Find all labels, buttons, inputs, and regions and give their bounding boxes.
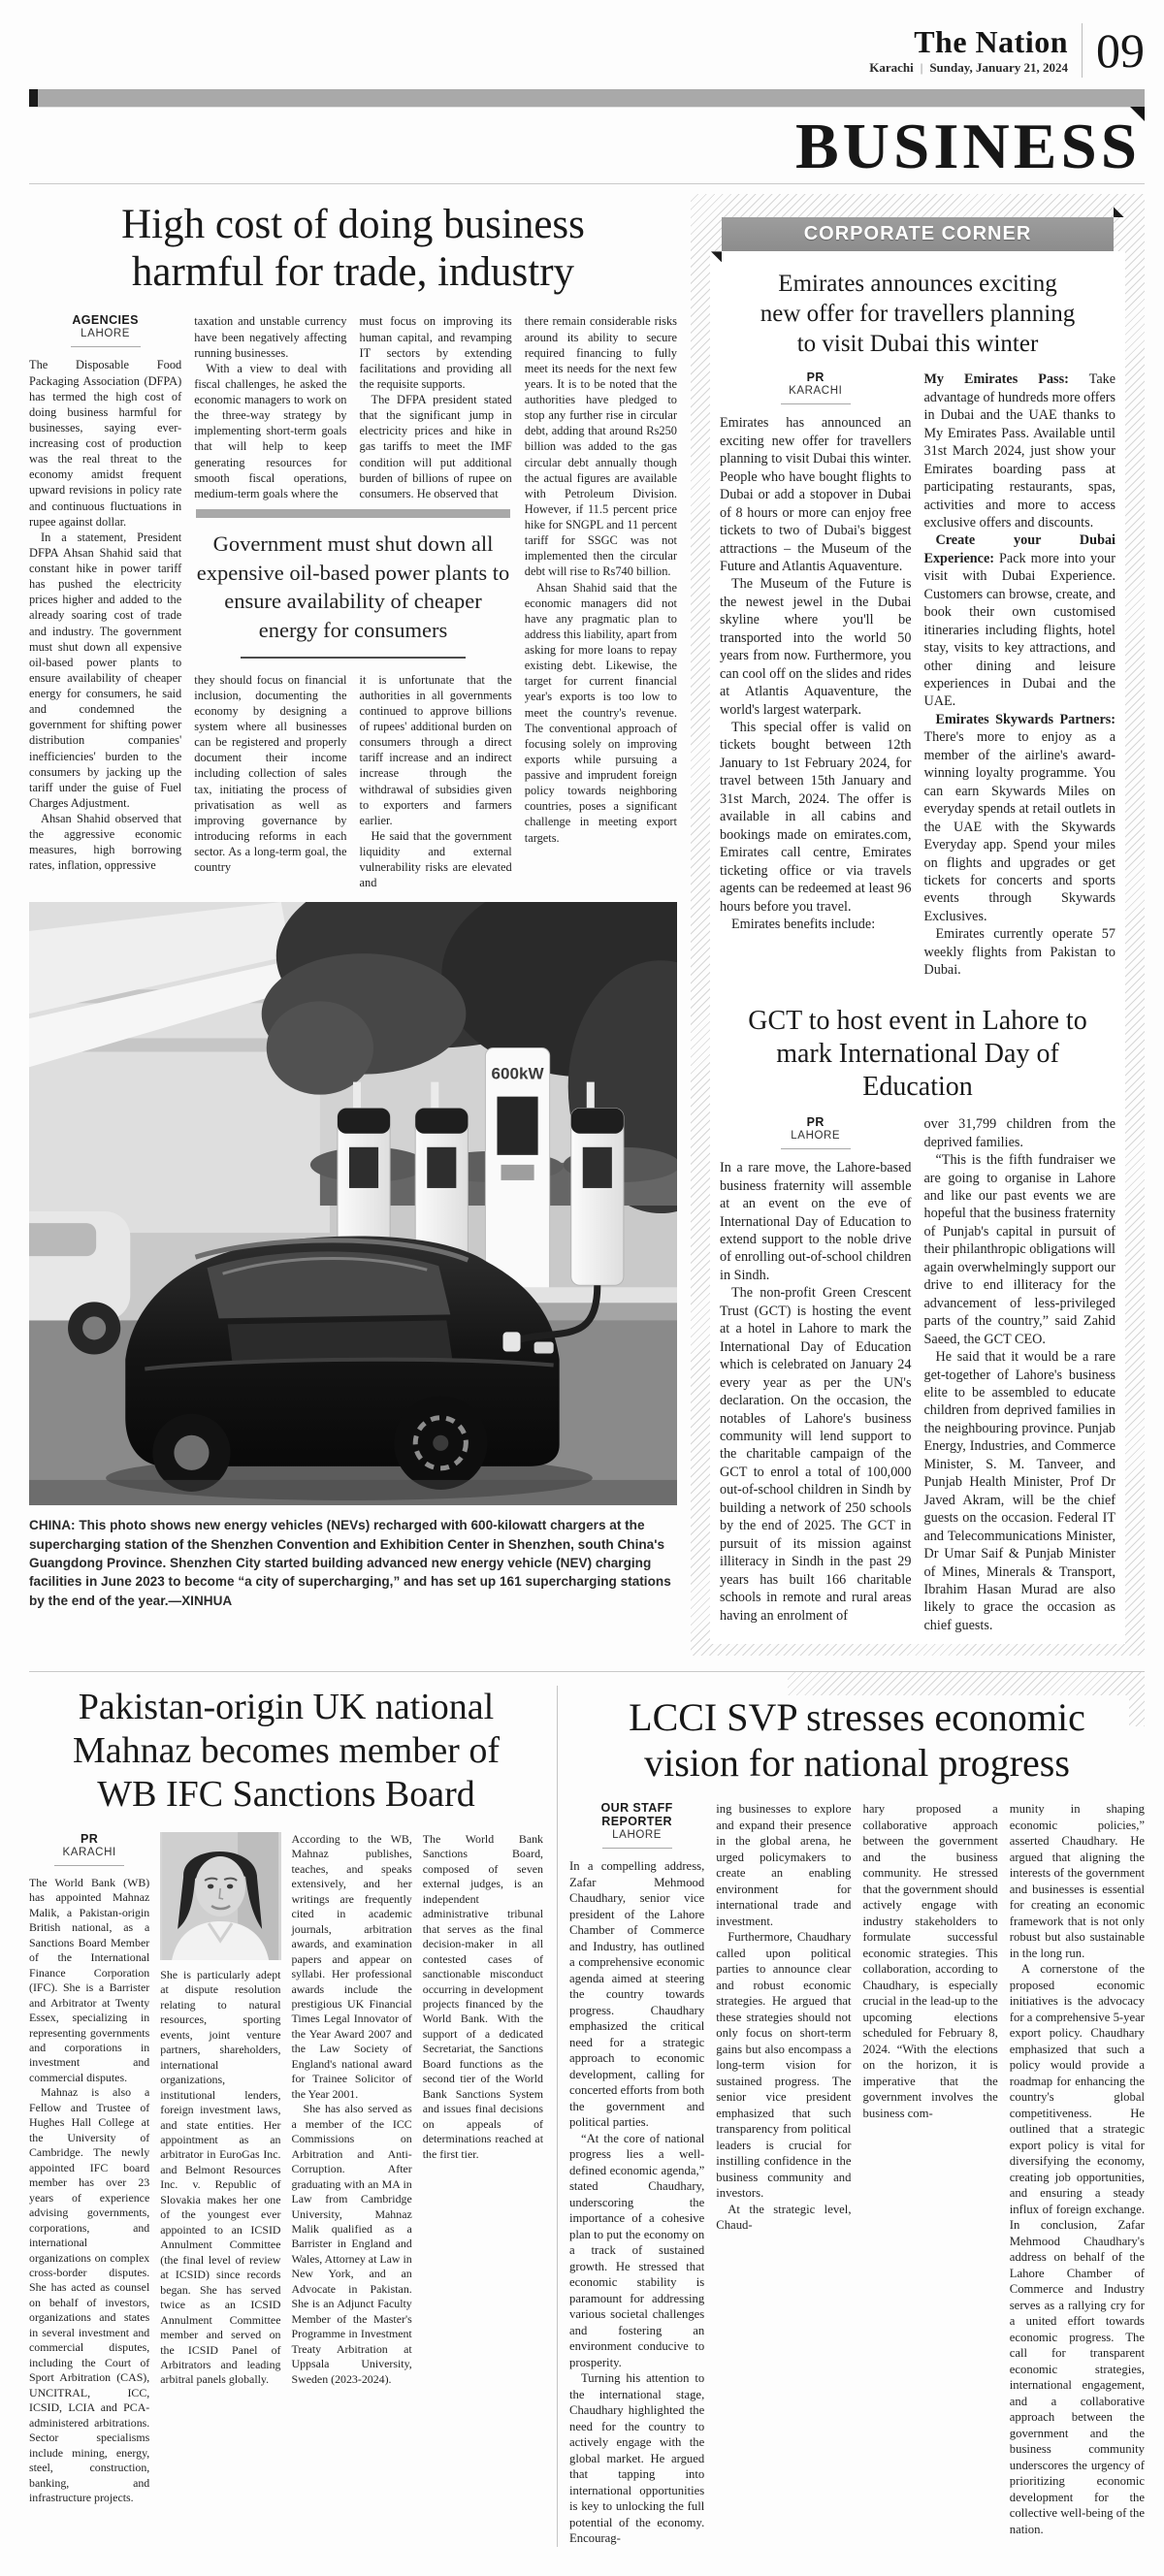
benefit-lead: My Emirates Pass: xyxy=(924,371,1069,387)
body-paragraph: In a compelling address, Zafar Mehmood C… xyxy=(569,1858,704,2131)
lcci-article: LCCI SVP stresses economic vision for na… xyxy=(569,1682,1145,2546)
byline-source: AGENCIES xyxy=(29,313,181,327)
body-paragraph: In a rare move, the Lahore-based busines… xyxy=(720,1159,912,1284)
bottom-zone: Pakistan-origin UK national Mahnaz becom… xyxy=(29,1671,1145,2546)
byline: OUR STAFF REPORTER LAHORE xyxy=(569,1801,704,1849)
photo-caption: CHINA: This photo shows new energy vehic… xyxy=(29,1516,677,1609)
main-col-2-bottom: they should focus on financial inclusion… xyxy=(194,672,346,891)
newspaper-title: The Nation xyxy=(869,26,1068,57)
body-paragraph: Turning his attention to the internation… xyxy=(569,2370,704,2547)
byline-city: LAHORE xyxy=(720,1130,912,1142)
body-paragraph: The Museum of the Future is the newest j… xyxy=(720,575,912,719)
page-header: The Nation Karachi|Sunday, January 21, 2… xyxy=(29,16,1145,78)
wb-col-2: She is particularly adept at dispute res… xyxy=(160,1832,280,2506)
body-paragraph: The World Bank (WB) has appointed Mahnaz… xyxy=(29,1876,149,2086)
body-paragraph: Ahsan Shahid observed that the aggressiv… xyxy=(29,811,181,874)
masthead: The Nation Karachi|Sunday, January 21, 2… xyxy=(869,26,1068,76)
byline-city: LAHORE xyxy=(569,1829,704,1841)
body-paragraph: In a statement, President DFPA Ahsan Sha… xyxy=(29,530,181,811)
main-col-2-top: taxation and unstable currency have been… xyxy=(194,313,346,501)
gct-headline: GCT to host event in Lahore to mark Inte… xyxy=(720,1005,1115,1104)
body-paragraph: The DFPA president stated that the signi… xyxy=(360,392,512,501)
dateline: Karachi|Sunday, January 21, 2024 xyxy=(869,60,1068,76)
body-paragraph: This special offer is valid on tickets b… xyxy=(720,719,912,916)
lcci-col-2: ing businesses to explore and expand the… xyxy=(716,1801,851,2547)
gct-col-1: PR LAHORE In a rare move, the Lahore-bas… xyxy=(720,1115,912,1634)
byline-rule xyxy=(71,346,141,347)
body-paragraph: ing businesses to explore and expand the… xyxy=(716,1801,851,1929)
page-number: 09 xyxy=(1096,26,1145,75)
pull-quote-text: Government must shut down all expensive … xyxy=(196,530,510,645)
body-paragraph: The non-profit Green Crescent Trust (GCT… xyxy=(720,1284,912,1625)
body-paragraph: Emirates currently operate 57 weekly fli… xyxy=(924,925,1116,979)
lcci-col-4: munity in shaping economic policies,” as… xyxy=(1010,1801,1145,2547)
mahnaz-portrait-photo xyxy=(160,1832,280,1960)
caption-text: This photo shows new energy vehicles (NE… xyxy=(29,1518,671,1607)
byline-city: KARACHI xyxy=(29,1847,149,1858)
ev-charging-photo-illustration: 600kW xyxy=(29,902,677,1505)
byline-source: PR xyxy=(720,370,912,384)
news-photo: 600kW xyxy=(29,902,677,1609)
body-paragraph: Ahsan Shahid said that the economic mana… xyxy=(525,580,677,846)
gct-col-2: over 31,799 children from the deprived f… xyxy=(924,1115,1116,1634)
gct-body: PR LAHORE In a rare move, the Lahore-bas… xyxy=(720,1115,1115,1634)
emirates-col-2: My Emirates Pass: Take advantage of hund… xyxy=(924,370,1116,979)
body-paragraph: The Disposable Food Packaging Associatio… xyxy=(29,357,181,529)
body-paragraph: The World Bank Sanctions Board, composed… xyxy=(423,1832,543,2162)
main-article: High cost of doing business harmful for … xyxy=(29,202,677,890)
edition-date: Sunday, January 21, 2024 xyxy=(929,60,1068,75)
left-column-group: High cost of doing business harmful for … xyxy=(29,194,677,1656)
wb-ifc-headline: Pakistan-origin UK national Mahnaz becom… xyxy=(58,1686,514,1816)
body-paragraph: Emirates Skywards Partners: There's more… xyxy=(924,711,1116,925)
byline-source: OUR STAFF REPORTER xyxy=(569,1801,704,1828)
body-paragraph: Furthermore, Chaudhary called upon polit… xyxy=(716,1929,851,2202)
charger-power-sign: 600kW xyxy=(492,1065,545,1083)
pull-quote-bar xyxy=(196,509,510,518)
corporate-corner-section: CORPORATE CORNER Emirates announces exci… xyxy=(691,194,1145,1656)
body-paragraph: munity in shaping economic policies,” as… xyxy=(1010,1801,1145,1961)
ribbon-fold-right-icon xyxy=(1114,207,1124,217)
emirates-headline: Emirates announces exciting new offer fo… xyxy=(758,269,1078,359)
body-paragraph: According to the WB, Mahnaz publishes, t… xyxy=(292,1832,412,2102)
article-divider xyxy=(557,1686,558,2546)
gct-article: GCT to host event in Lahore to mark Inte… xyxy=(710,989,1125,1645)
header-divider xyxy=(1082,23,1083,78)
byline: PR KARACHI xyxy=(29,1832,149,1866)
byline-rule xyxy=(54,1865,124,1866)
section-title: BUSINESS xyxy=(795,113,1141,179)
emirates-body: PR KARACHI Emirates has announced an exc… xyxy=(720,370,1115,979)
body-paragraph: over 31,799 children from the deprived f… xyxy=(924,1115,1116,1151)
top-zone: High cost of doing business harmful for … xyxy=(29,194,1145,1656)
body-paragraph: At the strategic level, Chaud- xyxy=(716,2202,851,2234)
lcci-col-1: OUR STAFF REPORTER LAHORE In a compellin… xyxy=(569,1801,704,2547)
benefit-text: There's more to enjoy as a member of the… xyxy=(924,729,1116,924)
benefit-text: Take advantage of hundreds more offers i… xyxy=(924,371,1116,531)
emirates-col-1: PR KARACHI Emirates has announced an exc… xyxy=(720,370,912,979)
byline-city: KARACHI xyxy=(720,385,912,397)
body-paragraph: it is unfortunate that the authorities i… xyxy=(360,672,512,828)
body-paragraph: She is particularly adept at dispute res… xyxy=(160,1968,280,2388)
emirates-article: Emirates announces exciting new offer fo… xyxy=(710,251,1125,988)
benefit-lead: Emirates Skywards Partners: xyxy=(936,712,1116,727)
section-rule xyxy=(29,89,1145,107)
body-paragraph: must focus on improving its human capita… xyxy=(360,313,512,392)
body-paragraph: Mahnaz is also a Fellow and Trustee of H… xyxy=(29,2085,149,2505)
body-paragraph: they should focus on financial inclusion… xyxy=(194,672,346,876)
wb-ifc-body: PR KARACHI The World Bank (WB) has appoi… xyxy=(29,1832,543,2506)
body-paragraph: He said that it would be a rare get-toge… xyxy=(924,1348,1116,1634)
corporate-corner-ribbon: CORPORATE CORNER xyxy=(722,217,1114,251)
pull-quote: Government must shut down all expensive … xyxy=(194,509,512,664)
lcci-col-3: hary proposed a collaborative approach b… xyxy=(863,1801,998,2547)
benefit-text: Pack more into your visit with Dubai Exp… xyxy=(924,551,1116,710)
dateline-separator: | xyxy=(914,60,930,75)
body-paragraph: hary proposed a collaborative approach b… xyxy=(863,1801,998,2121)
byline: AGENCIES LAHORE xyxy=(29,313,181,347)
body-paragraph: taxation and unstable currency have been… xyxy=(194,313,346,360)
main-col-4: there remain considerable risks around i… xyxy=(525,313,677,890)
main-col-3-top: must focus on improving its human capita… xyxy=(360,313,512,501)
main-col-1: AGENCIES LAHORE The Disposable Food Pack… xyxy=(29,313,181,890)
caption-location-lead: CHINA: xyxy=(29,1518,76,1532)
body-paragraph: Emirates has announced an exciting new o… xyxy=(720,414,912,575)
wb-col-3: According to the WB, Mahnaz publishes, t… xyxy=(292,1832,412,2506)
byline-source: PR xyxy=(29,1832,149,1846)
body-paragraph: “At the core of national progress lies a… xyxy=(569,2131,704,2371)
byline-rule xyxy=(781,1148,851,1149)
pull-quote-rule xyxy=(241,657,467,659)
byline-rule xyxy=(602,1848,672,1849)
body-paragraph: there remain considerable risks around i… xyxy=(525,313,677,579)
corporate-corner-title: CORPORATE CORNER xyxy=(804,223,1032,245)
byline: PR LAHORE xyxy=(720,1115,912,1149)
lcci-headline: LCCI SVP stresses economic vision for na… xyxy=(586,1695,1129,1786)
main-col-3-bottom: it is unfortunate that the authorities i… xyxy=(360,672,512,891)
wb-col-1: PR KARACHI The World Bank (WB) has appoi… xyxy=(29,1832,149,2506)
body-paragraph: He said that the government liquidity an… xyxy=(360,828,512,891)
body-paragraph: “This is the fifth fundraiser we are goi… xyxy=(924,1151,1116,1348)
body-paragraph: My Emirates Pass: Take advantage of hund… xyxy=(924,370,1116,531)
body-paragraph: With a view to deal with fiscal challeng… xyxy=(194,361,346,501)
rule-start-mark xyxy=(29,89,38,107)
byline-rule xyxy=(781,403,851,404)
main-article-headline: High cost of doing business harmful for … xyxy=(62,202,644,296)
body-paragraph: Create your Dubai Experience: Pack more … xyxy=(924,531,1116,711)
main-article-body: AGENCIES LAHORE The Disposable Food Pack… xyxy=(29,313,677,890)
edition-city: Karachi xyxy=(869,60,914,75)
body-paragraph: Emirates benefits include: xyxy=(720,916,912,933)
byline-source: PR xyxy=(720,1115,912,1129)
lcci-body: OUR STAFF REPORTER LAHORE In a compellin… xyxy=(569,1801,1145,2547)
section-banner: BUSINESS xyxy=(29,107,1145,184)
byline: PR KARACHI xyxy=(720,370,912,404)
newspaper-page: The Nation Karachi|Sunday, January 21, 2… xyxy=(0,0,1164,2576)
body-paragraph: She has also served as a member of the I… xyxy=(292,2102,412,2387)
wb-ifc-article: Pakistan-origin UK national Mahnaz becom… xyxy=(29,1682,543,2546)
byline-city: LAHORE xyxy=(29,328,181,339)
wb-col-4: The World Bank Sanctions Board, composed… xyxy=(423,1832,543,2506)
body-paragraph: A cornerstone of the proposed economic i… xyxy=(1010,1961,1145,2537)
